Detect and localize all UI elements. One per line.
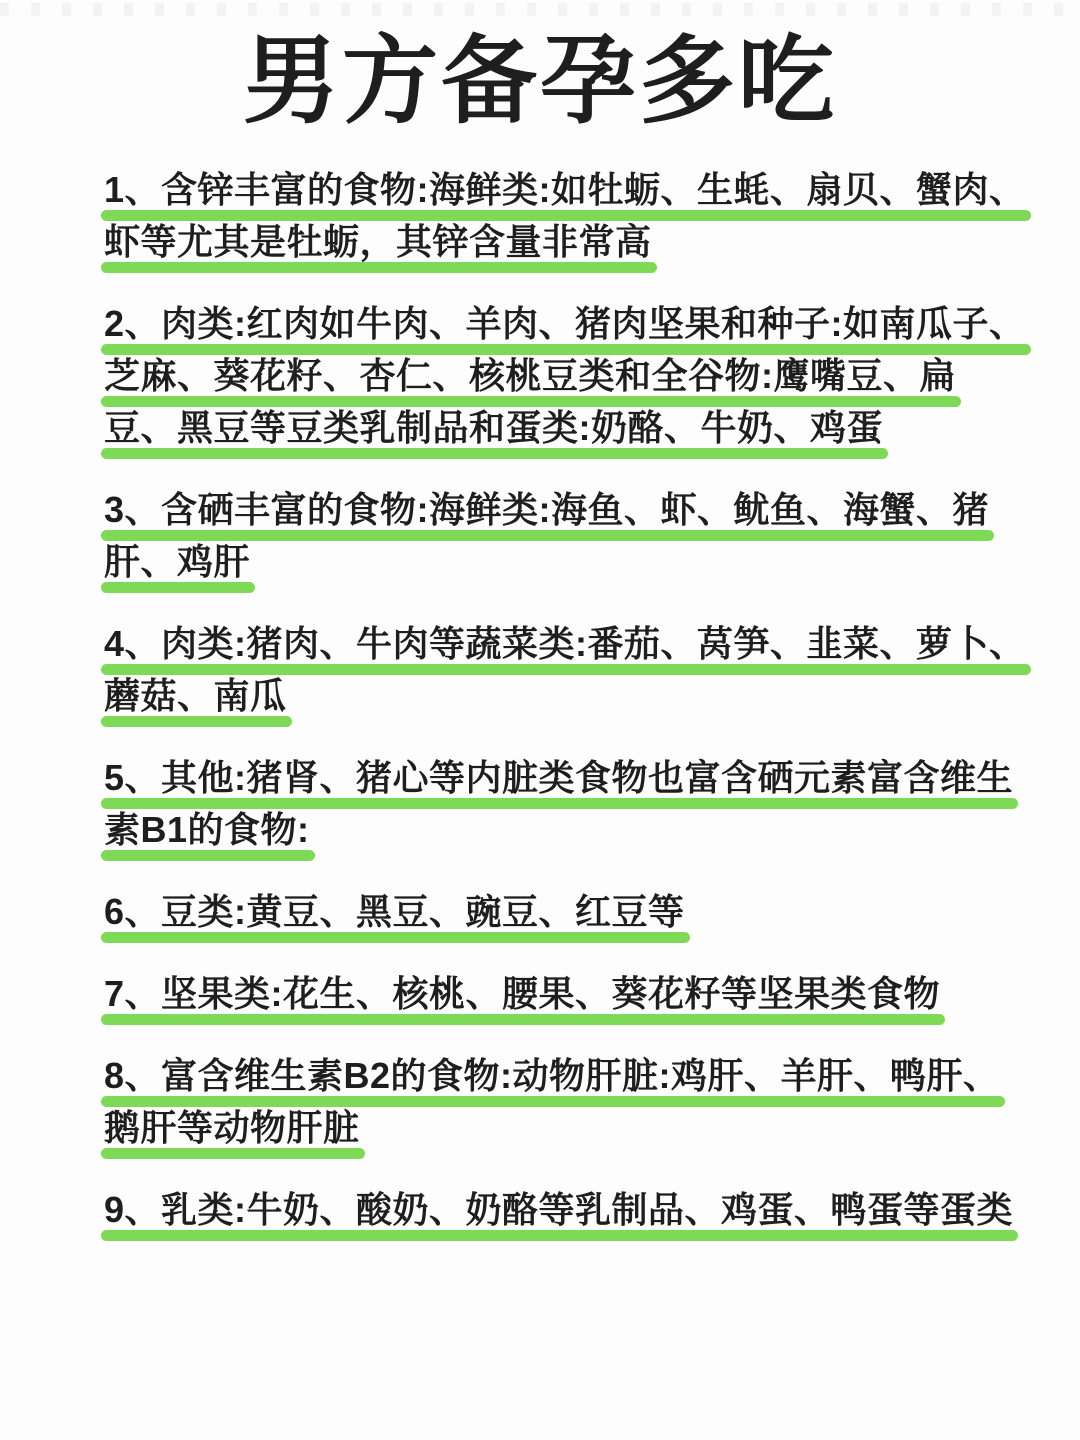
underlined-text: 5、其他:猪肾、猪心等内脏类食物也富含硒元素富含维生 <box>104 758 1013 798</box>
list-item: 3、含硒丰富的食物:海鲜类:海鱼、虾、鱿鱼、海蟹、猪 肝、鸡肝 <box>104 490 1080 582</box>
underlined-text: 3、含硒丰富的食物:海鲜类:海鱼、虾、鱿鱼、海蟹、猪 <box>104 490 989 530</box>
underlined-text: 6、豆类:黄豆、黑豆、豌豆、红豆等 <box>104 892 685 932</box>
list-item: 7、坚果类:花生、核桃、腰果、葵花籽等坚果类食物 <box>104 974 1080 1014</box>
item-line: 肝、鸡肝 <box>104 542 1080 582</box>
item-line: 素B1的食物: <box>104 810 1080 850</box>
list-item: 2、肉类:红肉如牛肉、羊肉、猪肉坚果和种子:如南瓜子、 芝麻、葵花籽、杏仁、核桃… <box>104 304 1080 448</box>
item-line: 虾等尤其是牡蛎，其锌含量非常高 <box>104 222 1080 262</box>
underlined-text: 虾等尤其是牡蛎，其锌含量非常高 <box>104 222 652 262</box>
underlined-text: 2、肉类:红肉如牛肉、羊肉、猪肉坚果和种子:如南瓜子、 <box>104 304 1026 344</box>
underlined-text: 7、坚果类:花生、核桃、腰果、葵花籽等坚果类食物 <box>104 974 940 1014</box>
list-item: 1、含锌丰富的食物:海鲜类:如牡蛎、生蚝、扇贝、蟹肉、 虾等尤其是牡蛎，其锌含量… <box>104 170 1080 262</box>
item-line: 7、坚果类:花生、核桃、腰果、葵花籽等坚果类食物 <box>104 974 1080 1014</box>
item-line: 3、含硒丰富的食物:海鲜类:海鱼、虾、鱿鱼、海蟹、猪 <box>104 490 1080 530</box>
underlined-text: 9、乳类:牛奶、酸奶、奶酪等乳制品、鸡蛋、鸭蛋等蛋类 <box>104 1190 1013 1230</box>
item-line: 2、肉类:红肉如牛肉、羊肉、猪肉坚果和种子:如南瓜子、 <box>104 304 1080 344</box>
list-item: 4、肉类:猪肉、牛肉等蔬菜类:番茄、莴笋、韭菜、萝卜、 蘑菇、南瓜 <box>104 624 1080 716</box>
item-line: 鹅肝等动物肝脏 <box>104 1108 1080 1148</box>
infographic-page: 男方备孕多吃 1、含锌丰富的食物:海鲜类:如牡蛎、生蚝、扇贝、蟹肉、 虾等尤其是… <box>0 0 1080 1440</box>
underlined-text: 1、含锌丰富的食物:海鲜类:如牡蛎、生蚝、扇贝、蟹肉、 <box>104 170 1026 210</box>
page-title: 男方备孕多吃 <box>0 0 1080 138</box>
underlined-text: 8、富含维生素B2的食物:动物肝脏:鸡肝、羊肝、鸭肝、 <box>104 1056 1000 1096</box>
item-line: 蘑菇、南瓜 <box>104 676 1080 716</box>
underlined-text: 素B1的食物: <box>104 810 310 850</box>
list-item: 6、豆类:黄豆、黑豆、豌豆、红豆等 <box>104 892 1080 932</box>
item-line: 6、豆类:黄豆、黑豆、豌豆、红豆等 <box>104 892 1080 932</box>
top-edge-texture <box>0 3 1080 16</box>
item-line: 5、其他:猪肾、猪心等内脏类食物也富含硒元素富含维生 <box>104 758 1080 798</box>
food-list: 1、含锌丰富的食物:海鲜类:如牡蛎、生蚝、扇贝、蟹肉、 虾等尤其是牡蛎，其锌含量… <box>0 138 1080 1230</box>
item-line: 芝麻、葵花籽、杏仁、核桃豆类和全谷物:鹰嘴豆、扁 <box>104 356 1080 396</box>
list-item: 8、富含维生素B2的食物:动物肝脏:鸡肝、羊肝、鸭肝、 鹅肝等动物肝脏 <box>104 1056 1080 1148</box>
list-item: 5、其他:猪肾、猪心等内脏类食物也富含硒元素富含维生 素B1的食物: <box>104 758 1080 850</box>
item-line: 8、富含维生素B2的食物:动物肝脏:鸡肝、羊肝、鸭肝、 <box>104 1056 1080 1096</box>
item-line: 9、乳类:牛奶、酸奶、奶酪等乳制品、鸡蛋、鸭蛋等蛋类 <box>104 1190 1080 1230</box>
underlined-text: 鹅肝等动物肝脏 <box>104 1108 360 1148</box>
underlined-text: 芝麻、葵花籽、杏仁、核桃豆类和全谷物:鹰嘴豆、扁 <box>104 356 956 396</box>
underlined-text: 蘑菇、南瓜 <box>104 676 287 716</box>
underlined-text: 4、肉类:猪肉、牛肉等蔬菜类:番茄、莴笋、韭菜、萝卜、 <box>104 624 1026 664</box>
item-line: 豆、黑豆等豆类乳制品和蛋类:奶酪、牛奶、鸡蛋 <box>104 408 1080 448</box>
underlined-text: 肝、鸡肝 <box>104 542 250 582</box>
underlined-text: 豆、黑豆等豆类乳制品和蛋类:奶酪、牛奶、鸡蛋 <box>104 408 883 448</box>
item-line: 4、肉类:猪肉、牛肉等蔬菜类:番茄、莴笋、韭菜、萝卜、 <box>104 624 1080 664</box>
item-line: 1、含锌丰富的食物:海鲜类:如牡蛎、生蚝、扇贝、蟹肉、 <box>104 170 1080 210</box>
list-item: 9、乳类:牛奶、酸奶、奶酪等乳制品、鸡蛋、鸭蛋等蛋类 <box>104 1190 1080 1230</box>
